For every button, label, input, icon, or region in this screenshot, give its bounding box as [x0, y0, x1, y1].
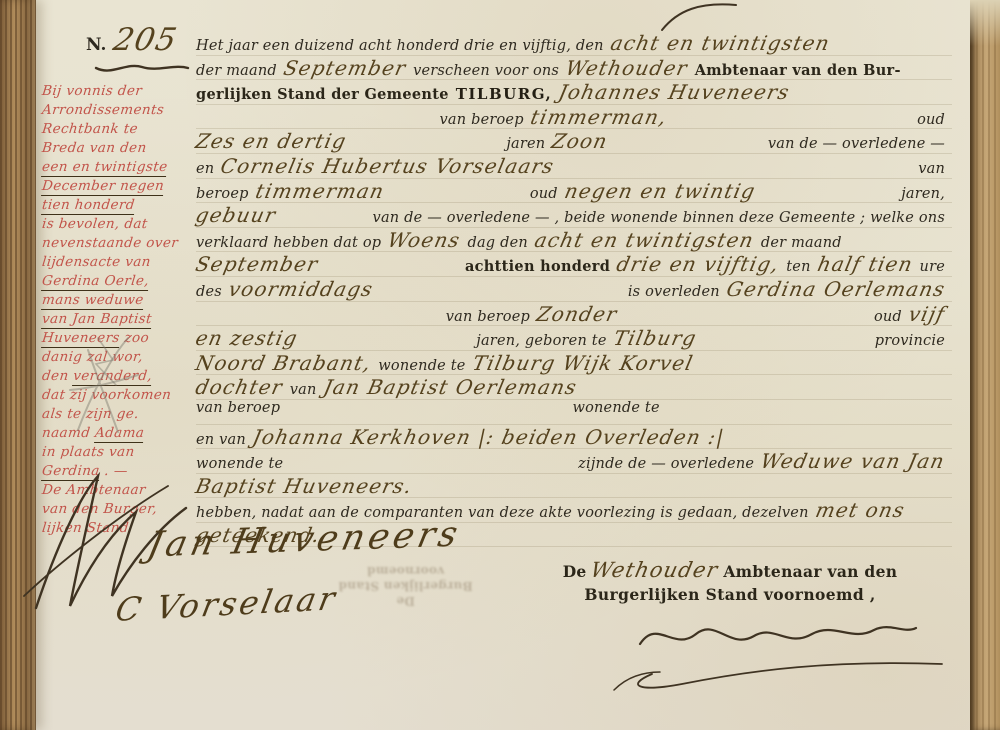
- printed-text: gerlijken Stand der Gemeente: [196, 86, 449, 103]
- printed-text: wonende te: [378, 358, 465, 374]
- deed-body-text: Het jaar een duizend acht honderd drie e…: [196, 31, 952, 547]
- margin-note-line: van Jan Baptist: [41, 310, 195, 329]
- handwritten-text: drie en vijftig,: [615, 252, 782, 276]
- printed-text: ure: [920, 259, 945, 275]
- deed-line: Noord Brabant,wonende teTilburg Wijk Kor…: [196, 351, 952, 376]
- printed-text: der maand: [196, 63, 277, 79]
- printed-text: provincie: [875, 333, 945, 349]
- closing-official-line2: Burgerlijken Stand voornoemd ,: [505, 585, 955, 604]
- handwritten-text: Weduwe van Jan: [759, 449, 948, 473]
- printed-text: oud: [874, 309, 902, 325]
- handwritten-text: Baptist Huveneers.: [193, 474, 414, 498]
- margin-note-text: lijdensacte van: [41, 254, 151, 270]
- printed-text: is overleden: [628, 284, 720, 300]
- handwritten-text: Zonder: [534, 302, 619, 326]
- handwritten-text: vijf: [906, 302, 947, 326]
- printed-text: van beroep: [196, 400, 280, 416]
- printed-text: van beroep: [446, 309, 530, 325]
- handwritten-text: met ons: [813, 498, 907, 522]
- printed-text: van de — overledene — , beide wonende bi…: [373, 210, 945, 226]
- printed-text: van beroep: [440, 112, 524, 128]
- handwritten-text: dochter: [193, 375, 285, 399]
- handwritten-text: Noord Brabant,: [193, 351, 373, 375]
- handwritten-text: acht en twintigsten: [608, 31, 832, 55]
- printed-text: oud: [917, 112, 945, 128]
- deed-line: desvoormiddagsis overledenGerdina Oerlem…: [196, 277, 952, 302]
- printed-text: der maand: [761, 235, 842, 251]
- printed-text: en: [196, 161, 214, 177]
- margin-note-line: een en twintigste: [41, 158, 195, 177]
- margin-note-line: tien honderd: [41, 196, 195, 215]
- closing-title-handwritten: Wethouder: [589, 558, 721, 582]
- printed-text: achttien honderd: [465, 258, 610, 275]
- printed-text: jaren,: [901, 186, 945, 202]
- deed-line: van beroepwonende te: [196, 400, 952, 425]
- margin-note-line: Breda van den: [41, 139, 195, 158]
- deed-line: Zes en dertigjarenZoonvan de — overleden…: [196, 129, 952, 154]
- margin-note-underlined-text: een en twintigste: [41, 159, 168, 177]
- printed-text: Het jaar een duizend acht honderd drie e…: [196, 38, 604, 54]
- printed-text: ten: [786, 259, 810, 275]
- margin-note-line: Gerdina Oerle,: [41, 272, 195, 291]
- handwritten-text: September: [281, 56, 408, 80]
- book-binding-edge: [0, 0, 36, 730]
- deed-line: enCornelis Hubertus Vorselaarsvan: [196, 154, 952, 179]
- handwritten-text: Johannes Huveneers: [557, 80, 793, 104]
- death-record-page: N. 205 Bij vonnis derArrondissementsRech…: [0, 0, 1000, 730]
- act-number: N. 205: [86, 22, 177, 58]
- margin-note-underlined-text: December negen: [41, 178, 165, 196]
- official-signature: [612, 612, 952, 697]
- margin-note-underlined-text: mans weduwe: [41, 292, 144, 310]
- margin-note-line: lijdensacte van: [41, 253, 195, 272]
- closing-official-block: De Wethouder Ambtenaar van den Burgerlij…: [505, 558, 955, 604]
- top-flourish-stroke: [648, 0, 748, 32]
- page-edge-highlight: [970, 0, 1000, 46]
- printed-text: beroep: [196, 186, 249, 202]
- handwritten-text: half tien: [815, 252, 915, 276]
- printed-text: van: [290, 382, 317, 398]
- printed-text: des: [196, 284, 222, 300]
- margin-note-underlined-text: van Jan Baptist: [41, 311, 153, 329]
- page-right-edge: [970, 0, 1000, 730]
- handwritten-text: voormiddags: [226, 277, 375, 301]
- closing-official-line1: De Wethouder Ambtenaar van den: [505, 558, 955, 582]
- printed-text: jaren, geboren te: [476, 333, 606, 349]
- act-number-label: N.: [86, 35, 106, 55]
- handwritten-text: Zes en dertig: [193, 129, 349, 153]
- margin-note-line: mans weduwe: [41, 291, 195, 310]
- deed-line: dochtervanJan Baptist Oerlemans: [196, 375, 952, 400]
- deed-line: en vanJohanna Kerkhoven |: beiden Overle…: [196, 425, 952, 450]
- handwritten-text: timmerman: [253, 179, 386, 203]
- margin-note-text: nevenstaande over: [41, 235, 179, 251]
- margin-note-line: Arrondissements: [41, 101, 195, 120]
- margin-note-line: nevenstaande over: [41, 234, 195, 253]
- margin-note-underlined-text: tien honderd: [41, 197, 136, 215]
- handwritten-text: Tilburg Wijk Korvel: [470, 351, 695, 375]
- printed-text: en van: [196, 432, 246, 448]
- printed-text: van de — overledene —: [768, 136, 945, 152]
- margin-note-text: in plaats van: [41, 444, 135, 460]
- deed-line: en zestigjaren, geboren teTilburgprovinc…: [196, 326, 952, 351]
- handwritten-text: Zoon: [550, 129, 611, 153]
- margin-note-text: Arrondissements: [41, 102, 165, 118]
- handwritten-text: Woens: [386, 228, 463, 252]
- deed-line: wonende tezijnde de — overledeneWeduwe v…: [196, 449, 952, 474]
- printed-text: wonende te: [572, 400, 659, 416]
- margin-note-line: Bij vonnis der: [41, 82, 195, 101]
- printed-text: TILBURG,: [456, 85, 552, 103]
- deed-line: gebuurvan de — overledene — , beide wone…: [196, 203, 952, 228]
- pencil-scribble: [58, 330, 148, 440]
- margin-note-text: is bevolen, dat: [41, 216, 148, 232]
- printed-text: oud: [530, 186, 558, 202]
- handwritten-text: Jan Baptist Oerlemans: [321, 375, 579, 399]
- deed-line: der maandSeptemberverscheen voor onsWeth…: [196, 56, 952, 81]
- printed-text: van: [918, 161, 945, 177]
- margin-note-line: December negen: [41, 177, 195, 196]
- deed-line: van beroeptimmerman,oud: [196, 105, 952, 130]
- handwritten-text: timmerman,: [528, 105, 669, 129]
- margin-note-underlined-text: Gerdina Oerle,: [41, 273, 150, 291]
- margin-note-line: in plaats van: [41, 443, 195, 462]
- margin-note-text: Bij vonnis der: [41, 83, 143, 99]
- closing-prefix: De: [563, 562, 587, 581]
- deed-line: verklaard hebben dat opWoensdag denacht …: [196, 228, 952, 253]
- handwritten-text: Gerdina Oerlemans: [724, 277, 947, 301]
- deed-line: Septemberachttien honderddrie en vijftig…: [196, 252, 952, 277]
- handwritten-text: en zestig: [193, 326, 300, 350]
- handwritten-text: September: [193, 252, 320, 276]
- printed-text: Ambtenaar van den Bur-: [695, 62, 901, 79]
- deed-line: van beroepZonderoudvijf: [196, 302, 952, 327]
- printed-text: hebben, nadat aan de comparanten van dez…: [196, 505, 809, 521]
- printed-text: dag den: [467, 235, 527, 251]
- margin-note-line: Rechtbank te: [41, 120, 195, 139]
- margin-note-text: Rechtbank te: [41, 121, 139, 137]
- printed-text: zijnde de — overledene: [578, 456, 754, 472]
- margin-note-line: is bevolen, dat: [41, 215, 195, 234]
- deed-line: Baptist Huveneers.: [196, 474, 952, 499]
- handwritten-text: Cornelis Hubertus Vorselaars: [219, 154, 557, 178]
- margin-note-text: Breda van den: [41, 140, 147, 156]
- closing-line1-rest: Ambtenaar van den: [723, 562, 897, 581]
- handwritten-text: Wethouder: [564, 56, 691, 80]
- deed-line: gerlijken Stand der GemeenteTILBURG,Joha…: [196, 80, 952, 105]
- printed-text: verscheen voor ons: [413, 63, 559, 79]
- deed-line: beroeptimmermanoudnegen en twintigjaren,: [196, 179, 952, 204]
- deed-line: Het jaar een duizend acht honderd drie e…: [196, 31, 952, 56]
- bleedthrough-text: De Burgerlijken Stand voornoemd: [298, 563, 513, 608]
- handwritten-text: acht en twintigsten: [532, 228, 756, 252]
- handwritten-text: Johanna Kerkhoven |: beiden Overleden :|: [250, 425, 727, 449]
- act-number-underline-flourish: [92, 58, 192, 78]
- handwritten-text: negen en twintig: [562, 179, 758, 203]
- printed-text: verklaard hebben dat op: [196, 235, 381, 251]
- act-number-value: 205: [111, 22, 181, 58]
- printed-text: jaren: [506, 136, 545, 152]
- handwritten-text: gebuur: [193, 203, 278, 227]
- printed-text: wonende te: [196, 456, 283, 472]
- handwritten-text: Tilburg: [611, 326, 699, 350]
